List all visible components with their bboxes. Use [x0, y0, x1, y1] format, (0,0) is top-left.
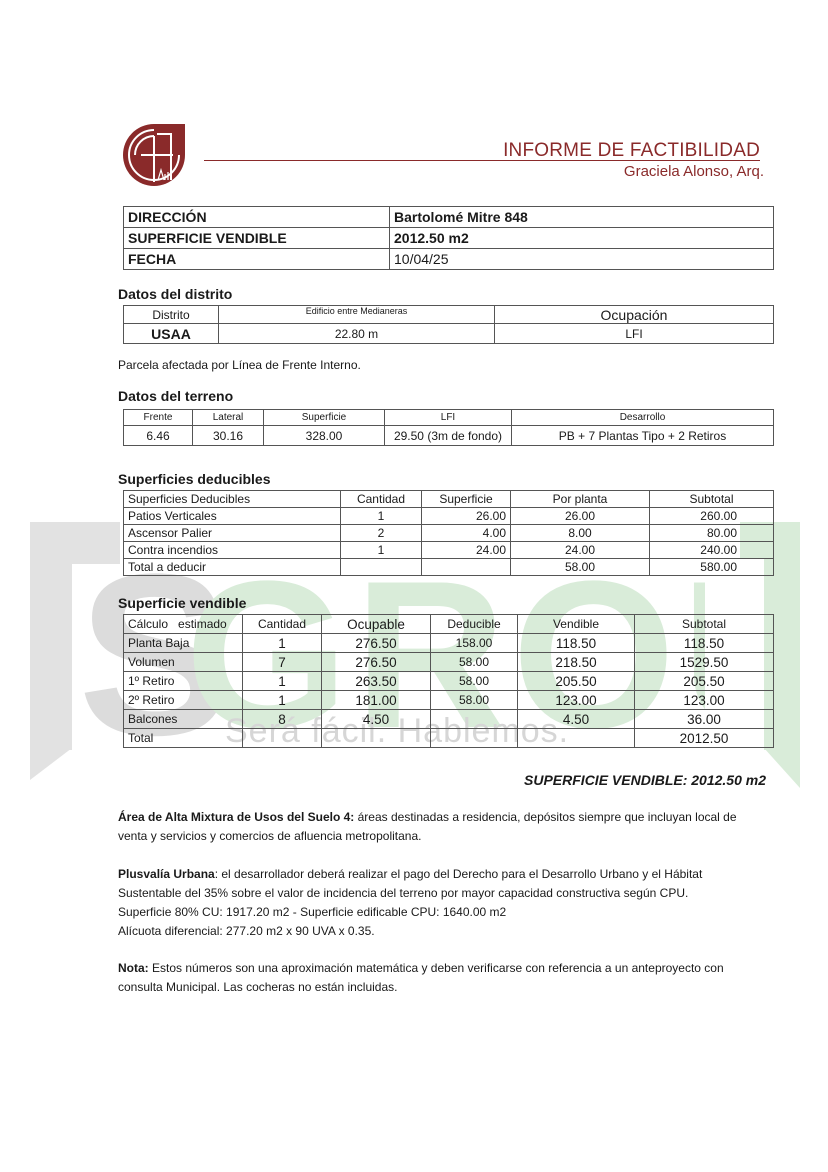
table-cell: [322, 729, 431, 748]
table-header: Ocupación: [495, 306, 774, 324]
table-cell: 1: [341, 508, 422, 525]
table-row: Patios Verticales 1 26.00 26.00 260.00: [124, 508, 774, 525]
table-header: Cantidad: [243, 615, 322, 634]
table-cell: 2º Retiro: [124, 691, 243, 710]
table-cell: 123.00: [635, 691, 774, 710]
summary-label: DIRECCIÓN: [124, 207, 390, 228]
table-row: Contra incendios 1 24.00 24.00 240.00: [124, 542, 774, 559]
section-title-deducibles: Superficies deducibles: [118, 471, 271, 487]
table-cell: 24.00: [422, 542, 511, 559]
table-header: Desarrollo: [512, 410, 774, 426]
table-header: Subtotal: [650, 491, 774, 508]
table-row: 2º Retiro 1 181.00 58.00 123.00 123.00: [124, 691, 774, 710]
table-cell: 118.50: [518, 634, 635, 653]
table-cell: Planta Baja: [124, 634, 243, 653]
document-title: INFORME DE FACTIBILIDAD: [503, 140, 760, 162]
table-header: Subtotal: [635, 615, 774, 634]
table-cell: 6.46: [124, 426, 193, 446]
table-header-row: Superficies Deducibles Cantidad Superfic…: [124, 491, 774, 508]
table-cell: 8.00: [511, 525, 650, 542]
table-header-row: Frente Lateral Superficie LFI Desarrollo: [124, 410, 774, 426]
table-row: Ascensor Palier 2 4.00 8.00 80.00: [124, 525, 774, 542]
table-header: Por planta: [511, 491, 650, 508]
distrito-table: Distrito Edificio entre Medianeras Ocupa…: [123, 305, 774, 344]
table-row: Volumen 7 276.50 58.00 218.50 1529.50: [124, 653, 774, 672]
table-cell: 4.50: [518, 710, 635, 729]
table-cell: 24.00: [511, 542, 650, 559]
table-row: 6.46 30.16 328.00 29.50 (3m de fondo) PB…: [124, 426, 774, 446]
table-cell: Balcones: [124, 710, 243, 729]
table-cell: 8: [243, 710, 322, 729]
table-cell: [431, 710, 518, 729]
table-cell: 4.00: [422, 525, 511, 542]
table-cell: [422, 559, 511, 576]
table-cell: LFI: [495, 324, 774, 344]
table-row: FECHA 10/04/25: [124, 249, 774, 270]
table-cell: 30.16: [193, 426, 264, 446]
table-cell: Contra incendios: [124, 542, 341, 559]
table-cell: 205.50: [635, 672, 774, 691]
summary-label: SUPERFICIE VENDIBLE: [124, 228, 390, 249]
table-cell: 58.00: [431, 672, 518, 691]
nota-paragraph: Nota: Estos números son una aproximación…: [118, 959, 758, 997]
deducibles-table: Superficies Deducibles Cantidad Superfic…: [123, 490, 774, 576]
table-cell: 7: [243, 653, 322, 672]
table-cell: 58.00: [431, 691, 518, 710]
document-author: Graciela Alonso, Arq.: [624, 163, 764, 180]
table-cell: 26.00: [511, 508, 650, 525]
summary-value: 2012.50 m2: [390, 228, 774, 249]
table-cell: Volumen: [124, 653, 243, 672]
table-row: Balcones 8 4.50 4.50 36.00: [124, 710, 774, 729]
table-cell: 328.00: [264, 426, 385, 446]
table-cell: 118.50: [635, 634, 774, 653]
total-vendible: SUPERFICIE VENDIBLE: 2012.50 m2: [524, 772, 766, 788]
section-title-terreno: Datos del terreno: [118, 388, 233, 404]
document-page: S GROUP Será fácil. Hablemos. INFORME DE…: [0, 0, 828, 1172]
table-cell: 158.00: [431, 634, 518, 653]
plusvalia-line-3: Alícuota diferencial: 277.20 m2 x 90 UVA…: [118, 924, 375, 938]
table-header: Superficie: [422, 491, 511, 508]
table-cell: 1: [243, 672, 322, 691]
table-cell: 36.00: [635, 710, 774, 729]
table-cell: 58.00: [431, 653, 518, 672]
table-cell: USAA: [124, 324, 219, 344]
table-cell: 1º Retiro: [124, 672, 243, 691]
table-row: Total a deducir 58.00 580.00: [124, 559, 774, 576]
table-cell: [431, 729, 518, 748]
table-cell: 4.50: [322, 710, 431, 729]
table-cell: 1: [243, 634, 322, 653]
table-header: Deducible: [431, 615, 518, 634]
table-row: Total 2012.50: [124, 729, 774, 748]
table-header: LFI: [385, 410, 512, 426]
area-label: Área de Alta Mixtura de Usos del Suelo 4…: [118, 810, 354, 824]
table-header: Frente: [124, 410, 193, 426]
plusvalia-line-2: Superficie 80% CU: 1917.20 m2 - Superfic…: [118, 905, 506, 919]
table-header: Ocupable: [322, 615, 431, 634]
table-cell: 2: [341, 525, 422, 542]
table-header: Edificio entre Medianeras: [219, 306, 495, 324]
table-cell: 2012.50: [635, 729, 774, 748]
table-cell: 205.50: [518, 672, 635, 691]
table-row: USAA 22.80 m LFI: [124, 324, 774, 344]
table-cell: 240.00: [650, 542, 774, 559]
section-title-vendible: Superficie vendible: [118, 595, 246, 611]
table-header: Superficies Deducibles: [124, 491, 341, 508]
table-cell: 276.50: [322, 653, 431, 672]
table-header: Lateral: [193, 410, 264, 426]
table-cell: 26.00: [422, 508, 511, 525]
table-cell: 29.50 (3m de fondo): [385, 426, 512, 446]
table-cell: 181.00: [322, 691, 431, 710]
table-cell: 58.00: [511, 559, 650, 576]
table-header: Superficie: [264, 410, 385, 426]
summary-label: FECHA: [124, 249, 390, 270]
table-header-row: Cálculo estimado Cantidad Ocupable Deduc…: [124, 615, 774, 634]
table-row: 1º Retiro 1 263.50 58.00 205.50 205.50: [124, 672, 774, 691]
table-cell: PB + 7 Plantas Tipo + 2 Retiros: [512, 426, 774, 446]
table-row: DIRECCIÓN Bartolomé Mitre 848: [124, 207, 774, 228]
table-cell: 22.80 m: [219, 324, 495, 344]
table-cell: [243, 729, 322, 748]
table-cell: 1529.50: [635, 653, 774, 672]
summary-value: Bartolomé Mitre 848: [390, 207, 774, 228]
table-cell: Patios Verticales: [124, 508, 341, 525]
table-cell: Ascensor Palier: [124, 525, 341, 542]
logo-icon: [121, 122, 187, 188]
vendible-table: Cálculo estimado Cantidad Ocupable Deduc…: [123, 614, 774, 748]
area-paragraph: Área de Alta Mixtura de Usos del Suelo 4…: [118, 808, 758, 846]
nota-text: Estos números son una aproximación matem…: [118, 961, 724, 994]
table-cell: [518, 729, 635, 748]
table-header: Distrito: [124, 306, 219, 324]
table-cell: 218.50: [518, 653, 635, 672]
table-cell: 1: [243, 691, 322, 710]
table-header: Vendible: [518, 615, 635, 634]
section-title-distrito: Datos del distrito: [118, 286, 232, 302]
table-cell: 1: [341, 542, 422, 559]
table-cell: 80.00: [650, 525, 774, 542]
table-row: Planta Baja 1 276.50 158.00 118.50 118.5…: [124, 634, 774, 653]
table-header: Cálculo estimado: [124, 615, 243, 634]
terreno-table: Frente Lateral Superficie LFI Desarrollo…: [123, 409, 774, 446]
table-cell: Total a deducir: [124, 559, 341, 576]
table-cell: 276.50: [322, 634, 431, 653]
table-row: SUPERFICIE VENDIBLE 2012.50 m2: [124, 228, 774, 249]
summary-table: DIRECCIÓN Bartolomé Mitre 848 SUPERFICIE…: [123, 206, 774, 270]
table-header: Cantidad: [341, 491, 422, 508]
summary-value: 10/04/25: [390, 249, 774, 270]
table-cell: 260.00: [650, 508, 774, 525]
parcela-note: Parcela afectada por Línea de Frente Int…: [118, 358, 361, 372]
nota-label: Nota:: [118, 961, 149, 975]
plusvalia-paragraph: Plusvalía Urbana: el desarrollador deber…: [118, 865, 758, 941]
plusvalia-label: Plusvalía Urbana: [118, 867, 215, 881]
table-cell: 123.00: [518, 691, 635, 710]
table-cell: Total: [124, 729, 243, 748]
table-cell: 580.00: [650, 559, 774, 576]
table-cell: [341, 559, 422, 576]
table-cell: 263.50: [322, 672, 431, 691]
table-header-row: Distrito Edificio entre Medianeras Ocupa…: [124, 306, 774, 324]
